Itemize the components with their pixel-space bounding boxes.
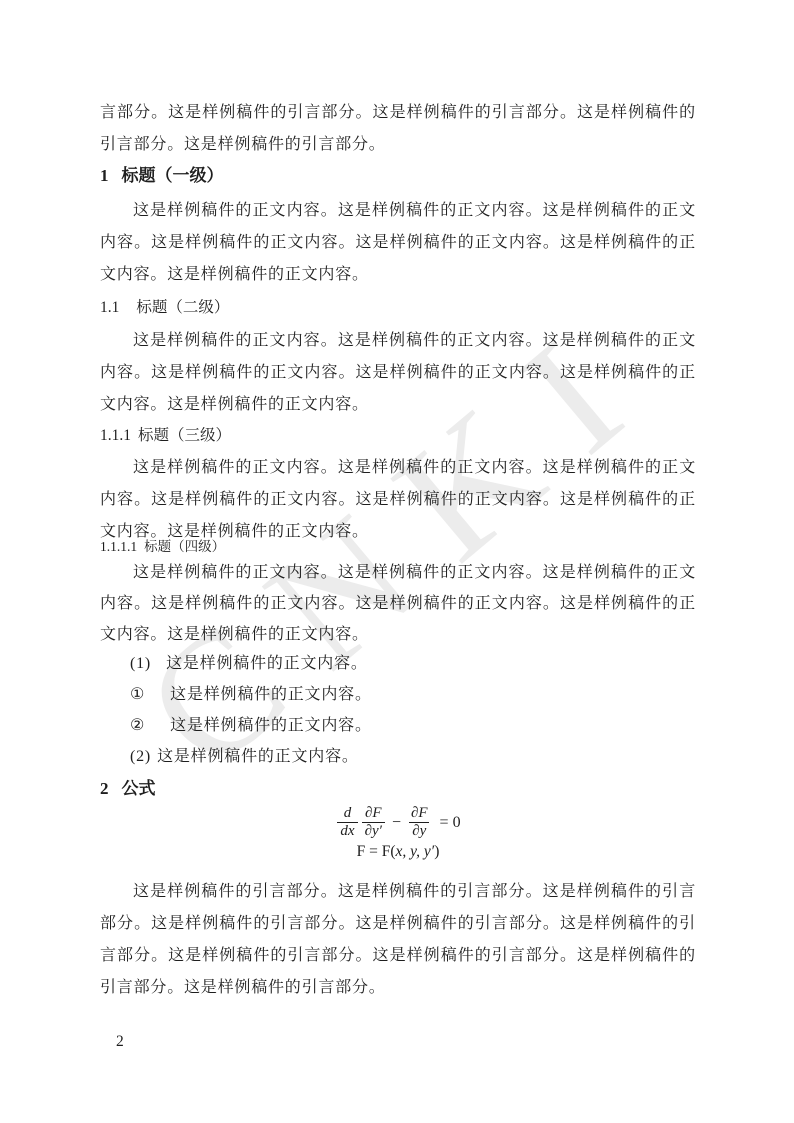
heading-level-4-number: 1.1.1.1	[100, 539, 137, 554]
heading-level-4-title: 标题（四级）	[144, 539, 225, 554]
list-item-text: 这是样例稿件的正文内容。	[170, 686, 372, 703]
heading-level-1-title: 标题（一级）	[122, 166, 224, 185]
fraction-numerator: d	[341, 805, 355, 822]
minus-operator: −	[392, 814, 401, 832]
page-number: 2	[116, 1032, 124, 1052]
formula-line-2-variables: x, y, y′	[396, 843, 435, 860]
fraction-denominator: ∂y′	[362, 822, 385, 840]
fraction-dF-dy-prime: ∂F∂y′	[362, 805, 385, 840]
heading-level-1-number: 1	[100, 166, 109, 185]
paragraph-intro-continuation: 言部分。这是样例稿件的引言部分。这是样例稿件的引言部分。这是样例稿件的引言部分。…	[100, 97, 696, 161]
equals-zero: = 0	[440, 814, 461, 832]
formula-line-1: ddx ∂F∂y′ − ∂F∂y = 0	[100, 805, 696, 840]
formula-line-2-prefix: F = F(	[357, 843, 396, 860]
list-item: ②这是样例稿件的正文内容。	[100, 710, 696, 741]
list-item-marker: ②	[130, 717, 145, 734]
paragraph-body-2: 这是样例稿件的正文内容。这是样例稿件的正文内容。这是样例稿件的正文内容。这是样例…	[100, 325, 696, 421]
list-item: (2)这是样例稿件的正文内容。	[100, 741, 696, 772]
document-page: CNKI 言部分。这是样例稿件的引言部分。这是样例稿件的引言部分。这是样例稿件的…	[0, 0, 794, 1123]
fraction-dF-dy: ∂F∂y	[408, 805, 431, 840]
paragraph-intro: 这是样例稿件的引言部分。这是样例稿件的引言部分。这是样例稿件的引言部分。这是样例…	[100, 876, 696, 1004]
page-content: 言部分。这是样例稿件的引言部分。这是样例稿件的引言部分。这是样例稿件的引言部分。…	[100, 0, 696, 1123]
numbered-list: (1)这是样例稿件的正文内容。 ①这是样例稿件的正文内容。 ②这是样例稿件的正文…	[100, 648, 696, 772]
heading-level-2-title: 标题（二级）	[136, 299, 229, 316]
list-item-text: 这是样例稿件的正文内容。	[166, 655, 368, 672]
heading-formula-section-title: 公式	[122, 779, 156, 798]
paragraph-body-1: 这是样例稿件的正文内容。这是样例稿件的正文内容。这是样例稿件的正文内容。这是样例…	[100, 195, 696, 291]
formula-line-2: F = F(x, y, y′)	[100, 843, 696, 861]
formula-line-2-suffix: )	[434, 843, 439, 860]
paragraph-body-4: 这是样例稿件的正文内容。这是样例稿件的正文内容。这是样例稿件的正文内容。这是样例…	[100, 557, 696, 650]
list-item-marker: (2)	[130, 748, 151, 765]
heading-level-3-number: 1.1.1	[100, 427, 131, 444]
list-item-marker: ①	[130, 686, 145, 703]
list-item-text: 这是样例稿件的正文内容。	[170, 717, 372, 734]
list-item: ①这是样例稿件的正文内容。	[100, 679, 696, 710]
heading-formula-section-number: 2	[100, 779, 109, 798]
heading-formula-section: 2公式	[100, 773, 156, 805]
list-item: (1)这是样例稿件的正文内容。	[100, 648, 696, 679]
fraction-denominator: ∂y	[409, 822, 429, 840]
heading-level-3: 1.1.1标题（三级）	[100, 420, 231, 452]
fraction-numerator: ∂F	[408, 805, 431, 822]
fraction-denominator: dx	[337, 822, 357, 840]
fraction-d-dx: ddx	[337, 805, 357, 840]
heading-level-3-title: 标题（三级）	[138, 427, 231, 444]
fraction-numerator: ∂F	[362, 805, 385, 822]
list-item-text: 这是样例稿件的正文内容。	[157, 748, 359, 765]
heading-level-2-number: 1.1	[100, 299, 119, 316]
heading-level-1: 1标题（一级）	[100, 160, 224, 192]
heading-level-2: 1.1标题（二级）	[100, 292, 229, 324]
list-item-marker: (1)	[130, 655, 151, 672]
